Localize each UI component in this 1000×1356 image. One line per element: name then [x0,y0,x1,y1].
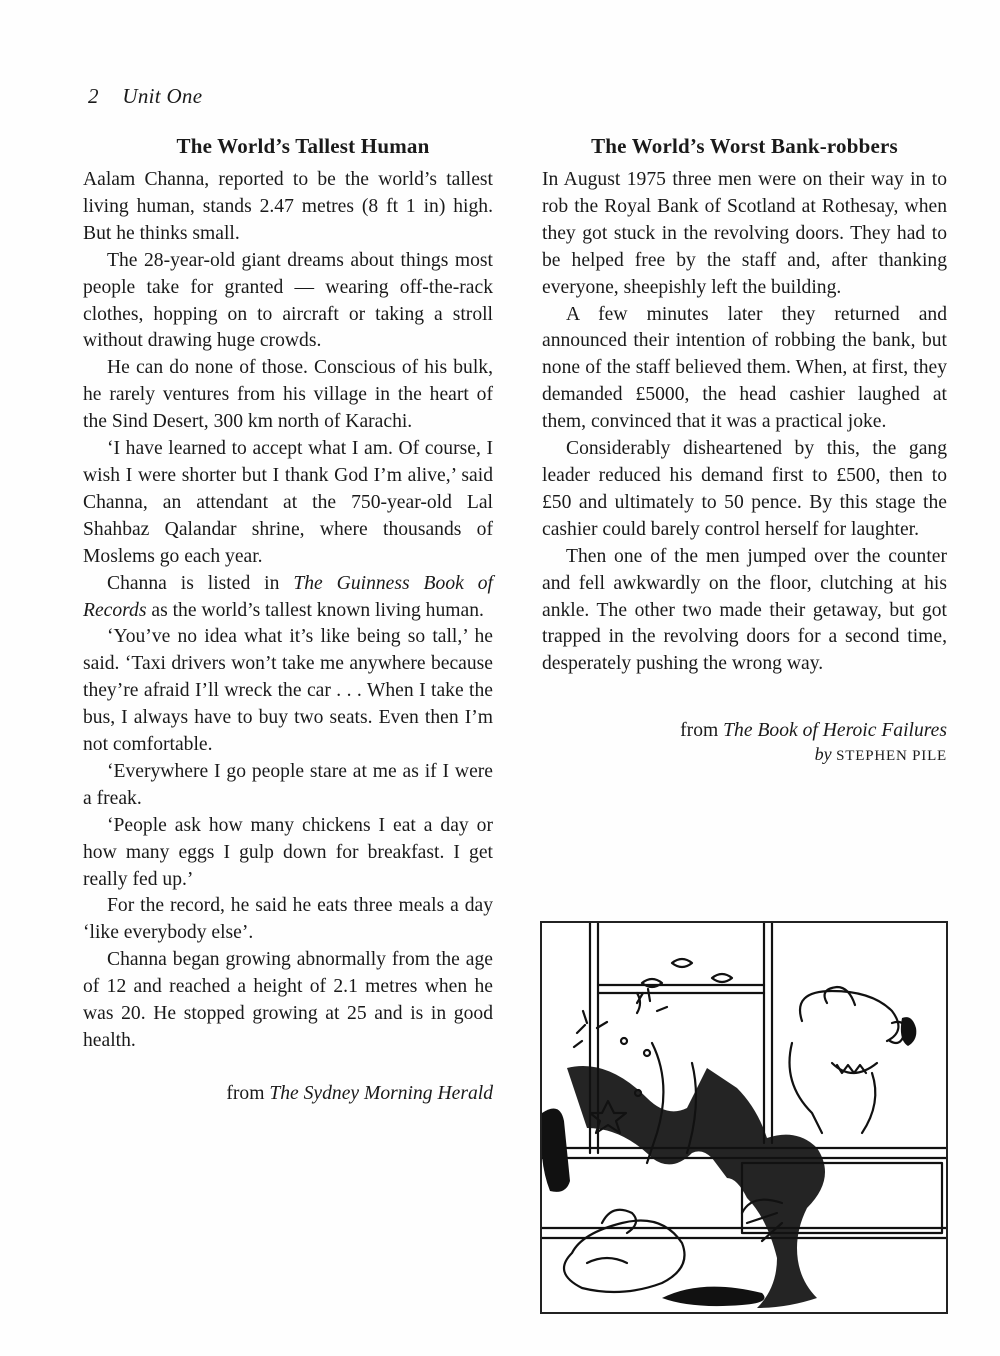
source-prefix: from [680,720,723,741]
article-worst-bank-robbers: The World’s Worst Bank-robbers In August… [542,134,947,765]
paragraph: Then one of the men jumped over the coun… [542,544,947,679]
article-title: The World’s Tallest Human [83,134,493,159]
unit-title: Unit One [122,84,202,108]
paragraph: Channa is listed in The Guinness Book of… [83,571,493,625]
cartoon-illustration [540,921,948,1314]
source-citation: from The Sydney Morning Herald [83,1081,493,1107]
text: as the world’s tallest known living huma… [146,600,483,621]
paragraph: Aalam Channa, reported to be the world’s… [83,167,493,248]
page-number: 2 [88,84,99,108]
paragraph: A few minutes later they returned and an… [542,302,947,437]
paragraph: ‘People ask how many chickens I eat a da… [83,813,493,894]
paragraph: ‘I have learned to accept what I am. Of … [83,436,493,571]
paragraph: The 28-year-old giant dreams about thing… [83,248,493,356]
paragraph: For the record, he said he eats three me… [83,893,493,947]
paragraph: Channa began growing abnormally from the… [83,947,493,1055]
byline: by STEPHEN PILE [542,744,947,765]
paragraph: In August 1975 three men were on their w… [542,167,947,302]
author-name: STEPHEN PILE [836,748,947,764]
article-tallest-human: The World’s Tallest Human Aalam Channa, … [83,134,493,1107]
text: Channa is listed in [107,573,293,594]
source-title: The Book of Heroic Failures [723,720,947,741]
cartoon-drawing-icon [542,923,946,1312]
byline-prefix: by [815,744,832,764]
source-citation: from The Book of Heroic Failures [542,718,947,744]
source-prefix: from [226,1083,269,1104]
source-title: The Sydney Morning Herald [269,1083,493,1104]
paragraph: Considerably disheartened by this, the g… [542,436,947,544]
article-title: The World’s Worst Bank-robbers [542,134,947,159]
paragraph: ‘You’ve no idea what it’s like being so … [83,624,493,759]
paragraph: ‘Everywhere I go people stare at me as i… [83,759,493,813]
running-head: 2 Unit One [88,84,202,109]
paragraph: He can do none of those. Conscious of hi… [83,355,493,436]
